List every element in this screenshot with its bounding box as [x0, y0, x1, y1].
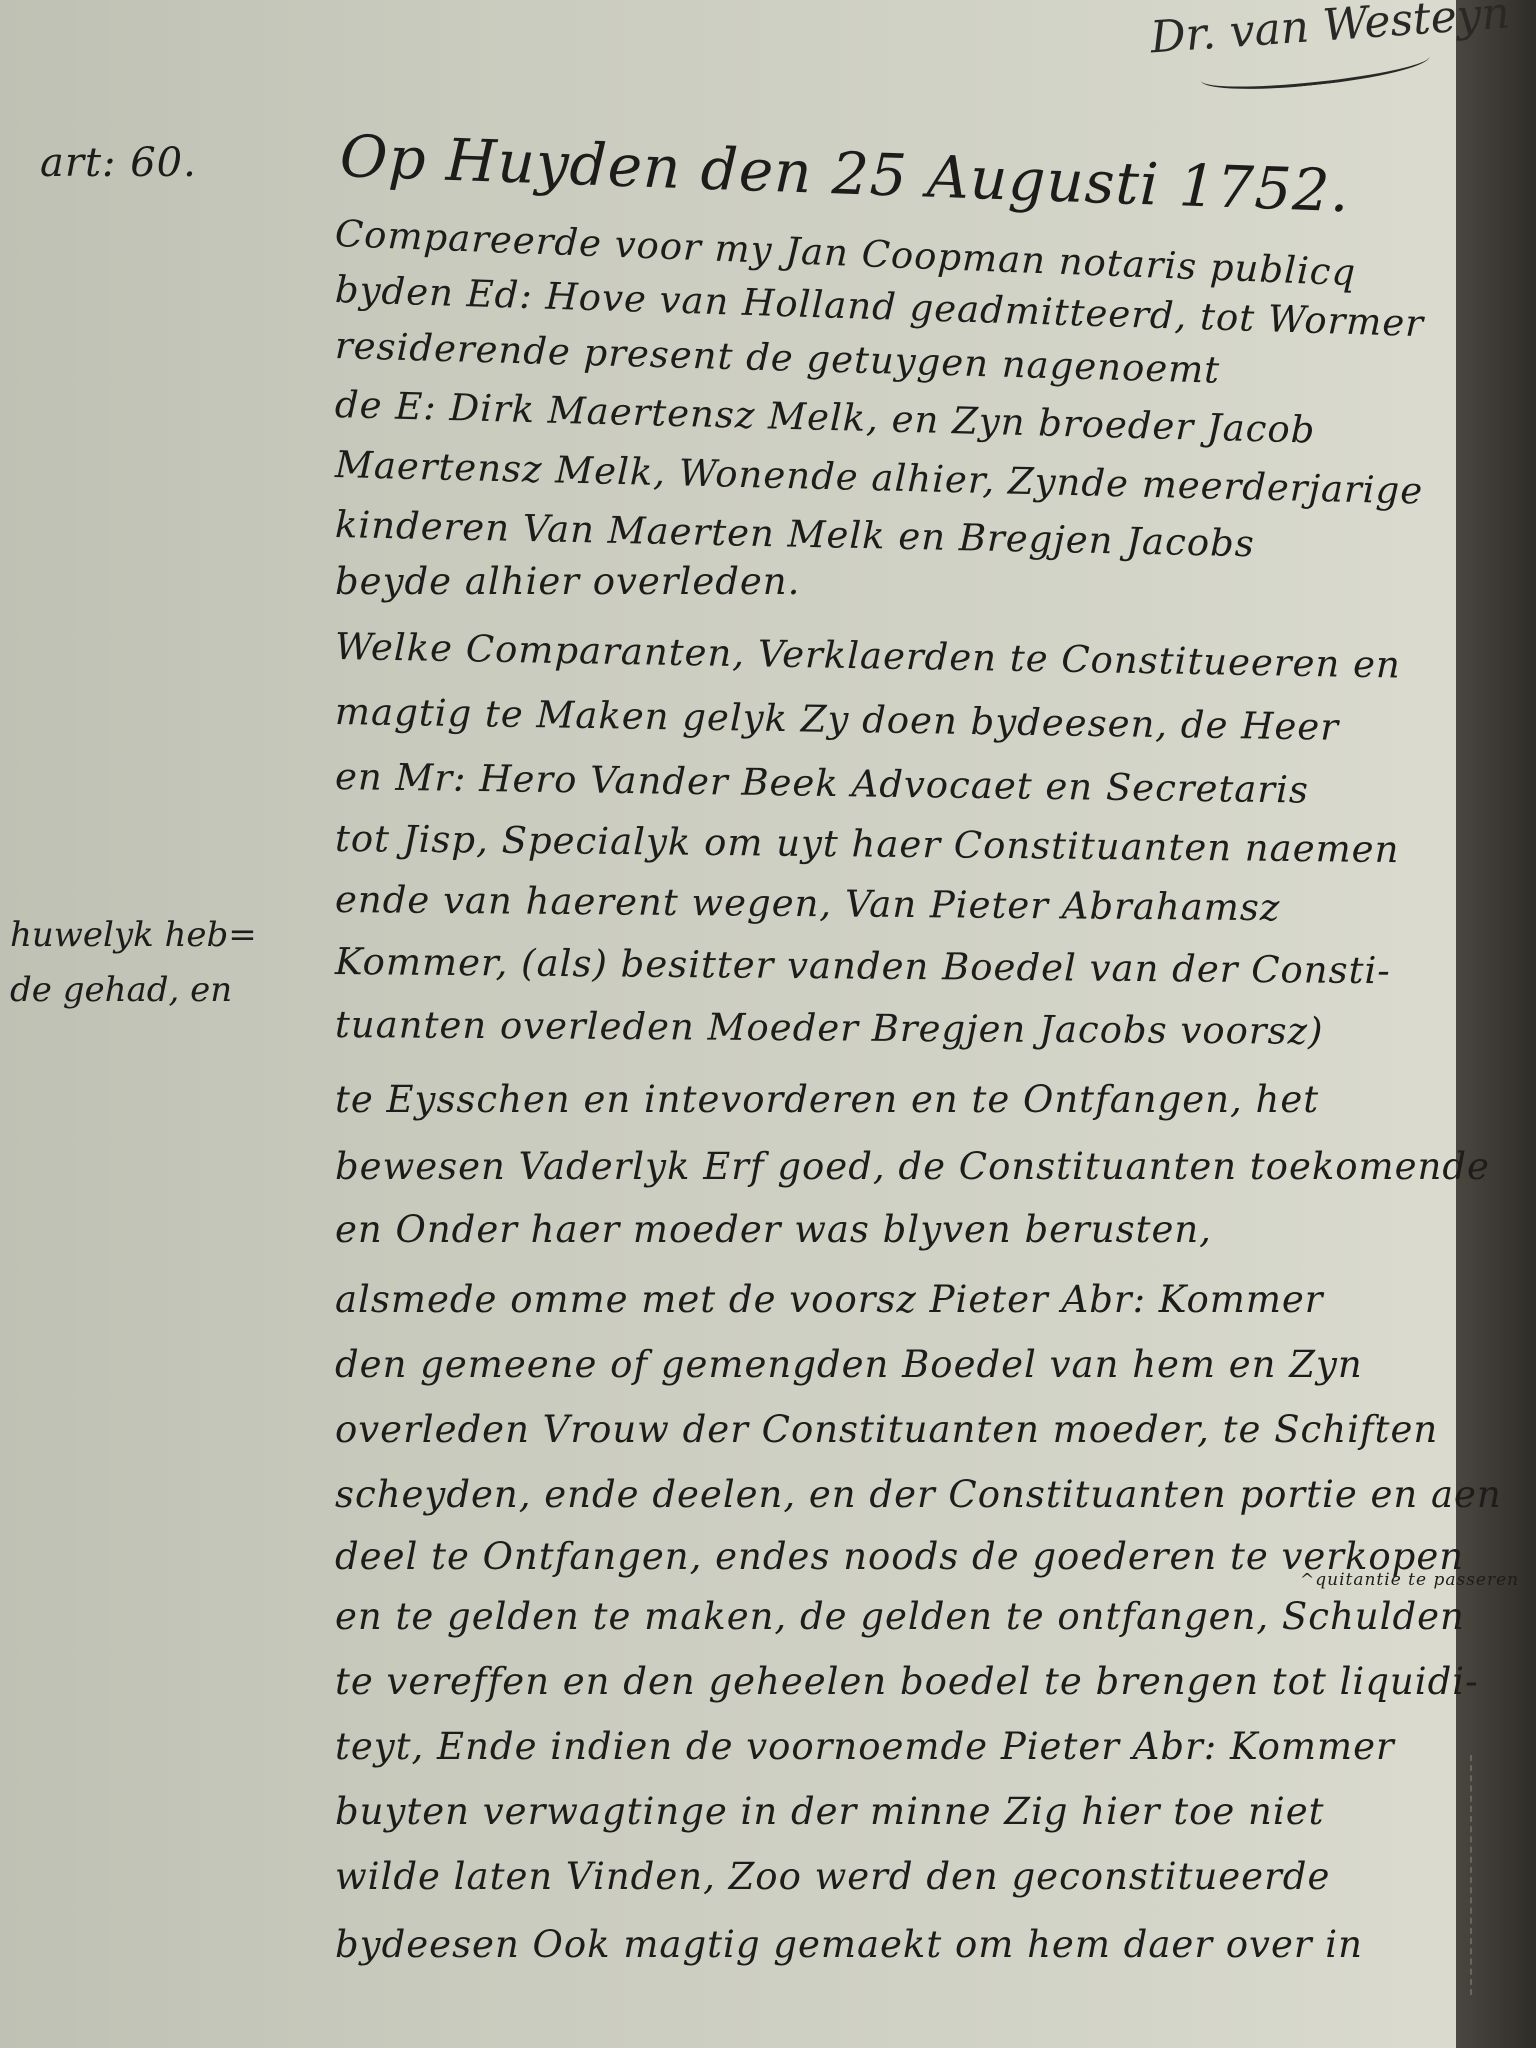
body-line: alsmede omme met de voorsz Pieter Abr: K…: [335, 1278, 1323, 1321]
interlinear-insertion: ^quitantie te passeren: [1300, 1570, 1519, 1590]
body-line: te Eysschen en intevorderen en te Ontfan…: [335, 1078, 1319, 1121]
margin-note-line-2: de gehad, en: [10, 970, 232, 1010]
body-line: scheyden, ende deelen, en der Constituan…: [335, 1473, 1502, 1516]
body-line: ende van haerent wegen, Van Pieter Abrah…: [335, 878, 1281, 929]
background-surface: [1456, 0, 1536, 2048]
body-line: en te gelden te maken, de gelden te ontf…: [335, 1595, 1465, 1638]
body-line: en Onder haer moeder was blyven berusten…: [335, 1208, 1212, 1251]
body-line: bewesen Vaderlyk Erf goed, de Constituan…: [335, 1145, 1490, 1188]
body-line: bydeesen Ook magtig gemaekt om hem daer …: [335, 1923, 1363, 1966]
body-line: teyt, Ende indien de voornoemde Pieter A…: [335, 1725, 1395, 1768]
body-line: wilde laten Vinden, Zoo werd den geconst…: [335, 1855, 1330, 1898]
body-line: deel te Ontfangen, endes noods de goeder…: [335, 1535, 1464, 1578]
body-line: overleden Vrouw der Constituanten moeder…: [335, 1408, 1438, 1451]
margin-note-line-1: huwelyk heb=: [10, 915, 257, 955]
body-line: tuanten overleden Moeder Bregjen Jacobs …: [335, 1003, 1324, 1053]
article-reference: art: 60.: [40, 140, 197, 186]
margin-bracket-mark: [1470, 1755, 1474, 1995]
body-line: buyten verwagtinge in der minne Zig hier…: [335, 1790, 1324, 1833]
body-line: te vereffen en den geheelen boedel te br…: [335, 1660, 1479, 1703]
body-line: den gemeene of gemengden Boedel van hem …: [335, 1343, 1363, 1386]
body-line: beyde alhier overleden.: [335, 560, 800, 603]
body-line: Kommer, (als) besitter vanden Boedel van…: [335, 940, 1391, 992]
